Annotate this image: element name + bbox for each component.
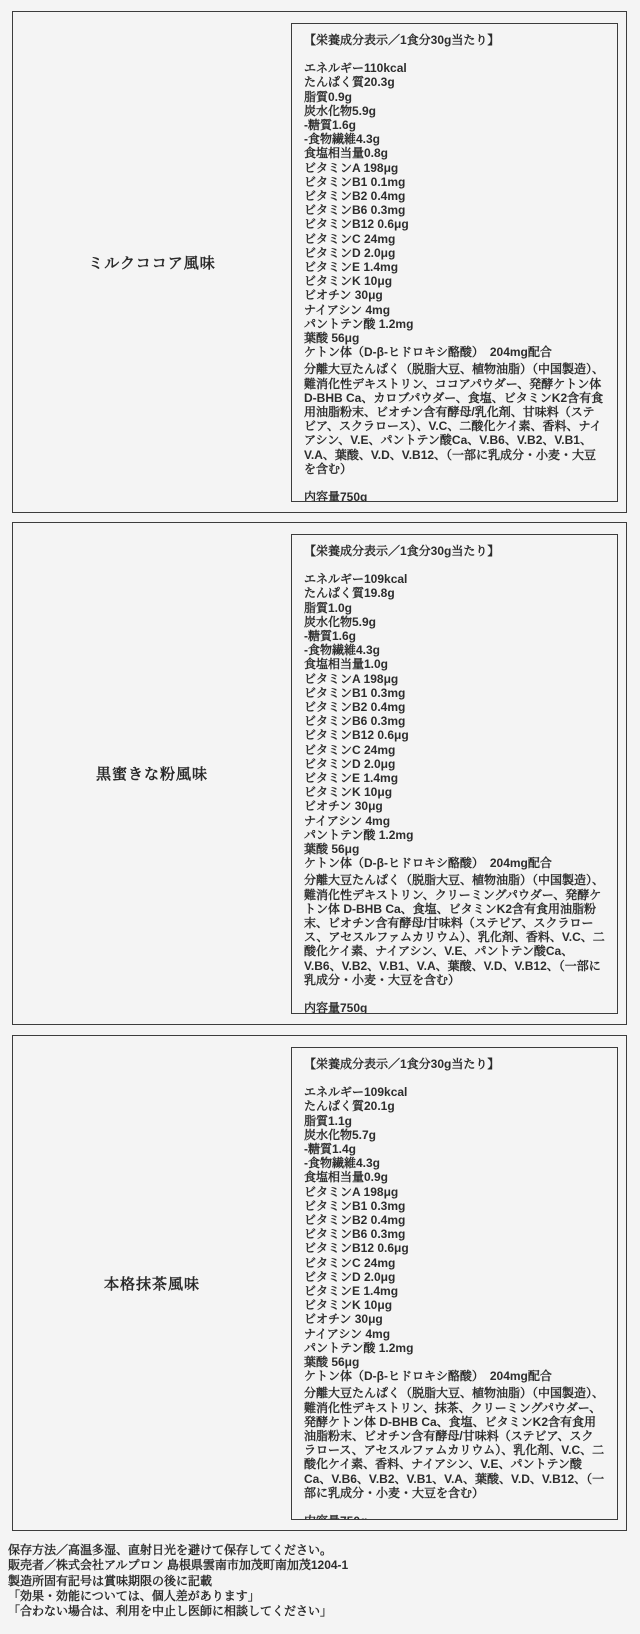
- nutrient-list: エネルギー110kcalたんぱく質20.3g脂質0.9g炭水化物5.9g-糖質1…: [304, 61, 605, 359]
- nutrient-line: 炭水化物5.9g: [304, 104, 605, 118]
- nutrient-line: -糖質1.6g: [304, 118, 605, 132]
- nutrition-box-matcha: 【栄養成分表示／1食分30g当たり】 エネルギー109kcalたんぱく質20.1…: [291, 1047, 618, 1520]
- footer-note-line: 販売者／株式会社アルプロン 島根県雲南市加茂町南加茂1204-1: [8, 1558, 640, 1573]
- nutrient-line: 脂質0.9g: [304, 90, 605, 104]
- nutrient-line: 炭水化物5.9g: [304, 615, 605, 629]
- nutrient-line: ビタミンD 2.0μg: [304, 757, 605, 771]
- panel-milk-cocoa: ミルクココア風味 【栄養成分表示／1食分30g当たり】 エネルギー110kcal…: [12, 11, 627, 513]
- nutrient-list: エネルギー109kcalたんぱく質20.1g脂質1.1g炭水化物5.7g-糖質1…: [304, 1085, 605, 1383]
- nutrient-line: ビオチン 30μg: [304, 288, 605, 302]
- nutrient-line: ナイアシン 4mg: [304, 1327, 605, 1341]
- nutrient-line: ナイアシン 4mg: [304, 303, 605, 317]
- nutrient-line: ケトン体（D-β-ヒドロキシ酪酸） 204mg配合: [304, 345, 605, 359]
- flavor-name-kuromitsu-kinako: 黒蜜きな粉風味: [13, 523, 291, 1024]
- nutrient-line: 葉酸 56μg: [304, 842, 605, 856]
- nutrient-line: ビタミンC 24mg: [304, 743, 605, 757]
- nutrient-line: -糖質1.6g: [304, 629, 605, 643]
- nutrient-line: ビタミンB2 0.4mg: [304, 189, 605, 203]
- nutrient-line: 脂質1.0g: [304, 601, 605, 615]
- nutrient-line: 脂質1.1g: [304, 1114, 605, 1128]
- nutrient-line: -食物繊維4.3g: [304, 132, 605, 146]
- nutrient-line: ビタミンE 1.4mg: [304, 1284, 605, 1298]
- flavor-name-matcha: 本格抹茶風味: [13, 1036, 291, 1530]
- nutrient-line: エネルギー109kcal: [304, 1085, 605, 1099]
- nutrient-line: たんぱく質20.3g: [304, 75, 605, 89]
- panel-matcha: 本格抹茶風味 【栄養成分表示／1食分30g当たり】 エネルギー109kcalたん…: [12, 1035, 627, 1531]
- nutrient-line: ビタミンK 10μg: [304, 1298, 605, 1312]
- footer-note-line: 「合わない場合は、利用を中止し医師に相談してください」: [8, 1604, 640, 1619]
- nutrient-line: 葉酸 56μg: [304, 1355, 605, 1369]
- nutrient-line: たんぱく質20.1g: [304, 1099, 605, 1113]
- nutrient-list: エネルギー109kcalたんぱく質19.8g脂質1.0g炭水化物5.9g-糖質1…: [304, 572, 605, 870]
- nutrient-line: ビタミンA 198μg: [304, 1185, 605, 1199]
- nutrient-line: エネルギー110kcal: [304, 61, 605, 75]
- product-info-sheet: ミルクココア風味 【栄養成分表示／1食分30g当たり】 エネルギー110kcal…: [0, 0, 640, 1634]
- nutrient-line: -糖質1.4g: [304, 1142, 605, 1156]
- footer-note-line: 製造所固有記号は賞味期限の後に記載: [8, 1574, 640, 1589]
- nutrient-line: 食塩相当量0.9g: [304, 1170, 605, 1184]
- nutrient-line: -食物繊維4.3g: [304, 1156, 605, 1170]
- footer-note-line: 保存方法／高温多湿、直射日光を避けて保存してください。: [8, 1543, 640, 1558]
- nutrient-line: ビタミンE 1.4mg: [304, 260, 605, 274]
- nutrient-line: パントテン酸 1.2mg: [304, 1341, 605, 1355]
- ingredients-text: 分離大豆たんぱく（脱脂大豆、植物油脂）（中国製造）、難消化性デキストリン、クリー…: [304, 873, 605, 987]
- ingredients-text: 分離大豆たんぱく（脱脂大豆、植物油脂）（中国製造）、難消化性デキストリン、抹茶、…: [304, 1386, 605, 1500]
- footer-notes: 保存方法／高温多湿、直射日光を避けて保存してください。販売者／株式会社アルプロン…: [0, 1543, 640, 1619]
- nutrient-line: エネルギー109kcal: [304, 572, 605, 586]
- nutrient-line: ビタミンD 2.0μg: [304, 246, 605, 260]
- nutrient-line: 食塩相当量1.0g: [304, 657, 605, 671]
- nutrient-line: ケトン体（D-β-ヒドロキシ酪酸） 204mg配合: [304, 1369, 605, 1383]
- nutrient-line: 葉酸 56μg: [304, 331, 605, 345]
- nutrient-line: ビタミンB2 0.4mg: [304, 700, 605, 714]
- net-weight: 内容量750g: [304, 1514, 605, 1520]
- nutrient-line: ビタミンB1 0.1mg: [304, 175, 605, 189]
- nutrient-line: ビタミンA 198μg: [304, 161, 605, 175]
- ingredients-text: 分離大豆たんぱく（脱脂大豆、植物油脂）（中国製造）、難消化性デキストリン、ココア…: [304, 362, 605, 476]
- nutrition-header: 【栄養成分表示／1食分30g当たり】: [304, 1057, 605, 1071]
- nutrient-line: ビタミンC 24mg: [304, 232, 605, 246]
- nutrient-line: ビタミンD 2.0μg: [304, 1270, 605, 1284]
- nutrient-line: -食物繊維4.3g: [304, 643, 605, 657]
- nutrient-line: ビタミンB6 0.3mg: [304, 1227, 605, 1241]
- nutrient-line: ビタミンB1 0.3mg: [304, 1199, 605, 1213]
- nutrient-line: 食塩相当量0.8g: [304, 146, 605, 160]
- nutrition-header: 【栄養成分表示／1食分30g当たり】: [304, 544, 605, 558]
- nutrient-line: ビオチン 30μg: [304, 799, 605, 813]
- nutrition-box-kuromitsu-kinako: 【栄養成分表示／1食分30g当たり】 エネルギー109kcalたんぱく質19.8…: [291, 534, 618, 1014]
- nutrient-line: ケトン体（D-β-ヒドロキシ酪酸） 204mg配合: [304, 856, 605, 870]
- nutrient-line: パントテン酸 1.2mg: [304, 828, 605, 842]
- nutrient-line: ビタミンK 10μg: [304, 274, 605, 288]
- nutrient-line: ビタミンB12 0.6μg: [304, 217, 605, 231]
- nutrient-line: ビタミンA 198μg: [304, 672, 605, 686]
- nutrient-line: ビオチン 30μg: [304, 1312, 605, 1326]
- nutrient-line: ビタミンB12 0.6μg: [304, 1241, 605, 1255]
- nutrition-header: 【栄養成分表示／1食分30g当たり】: [304, 33, 605, 47]
- nutrient-line: ビタミンC 24mg: [304, 1256, 605, 1270]
- nutrient-line: ビタミンB12 0.6μg: [304, 728, 605, 742]
- nutrient-line: 炭水化物5.7g: [304, 1128, 605, 1142]
- nutrient-line: ビタミンB1 0.3mg: [304, 686, 605, 700]
- nutrient-line: ナイアシン 4mg: [304, 814, 605, 828]
- nutrient-line: ビタミンE 1.4mg: [304, 771, 605, 785]
- net-weight: 内容量750g: [304, 490, 605, 502]
- nutrient-line: たんぱく質19.8g: [304, 586, 605, 600]
- nutrient-line: ビタミンK 10μg: [304, 785, 605, 799]
- nutrient-line: パントテン酸 1.2mg: [304, 317, 605, 331]
- footer-note-line: 「効果・効能については、個人差があります」: [8, 1589, 640, 1604]
- nutrient-line: ビタミンB6 0.3mg: [304, 203, 605, 217]
- nutrient-line: ビタミンB6 0.3mg: [304, 714, 605, 728]
- panel-kuromitsu-kinako: 黒蜜きな粉風味 【栄養成分表示／1食分30g当たり】 エネルギー109kcalた…: [12, 522, 627, 1025]
- nutrient-line: ビタミンB2 0.4mg: [304, 1213, 605, 1227]
- flavor-name-milk-cocoa: ミルクココア風味: [13, 12, 291, 512]
- net-weight: 内容量750g: [304, 1001, 605, 1014]
- nutrition-box-milk-cocoa: 【栄養成分表示／1食分30g当たり】 エネルギー110kcalたんぱく質20.3…: [291, 23, 618, 502]
